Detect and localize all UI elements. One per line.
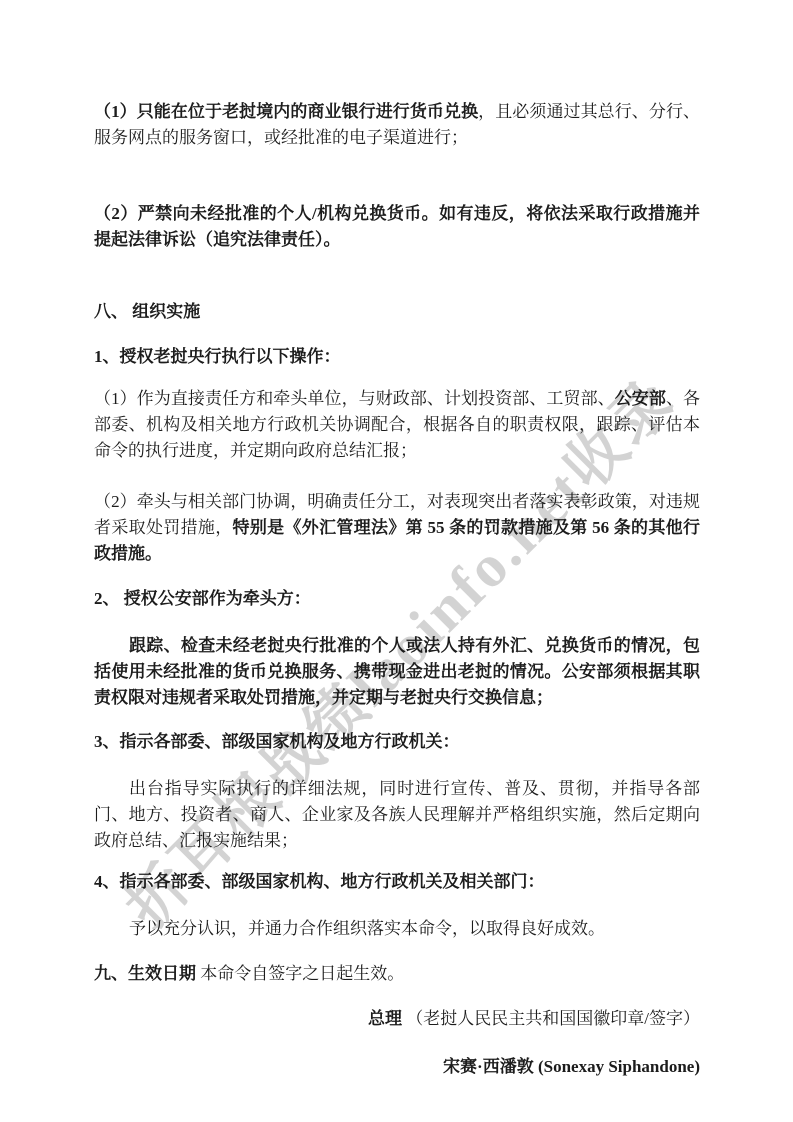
text-segment: 九、生效日期: [94, 964, 196, 983]
text-segment: （老挝人民民主共和国国徽印章/签字）: [402, 1009, 700, 1028]
para-8-1-sub-2: （2）牵头与相关部门协调，明确责任分工，对表现突出者落实表彰政策，对违规者采取处…: [94, 489, 700, 567]
heading-section-8: 八、 组织实施: [94, 299, 700, 325]
text-segment: 八、 组织实施: [94, 302, 200, 321]
text-segment: 3、指示各部委、部级国家机构及地方行政机关：: [94, 732, 460, 751]
text-segment: 4、指示各部委、部级国家机构、地方行政机关及相关部门：: [94, 872, 545, 891]
heading-8-item-2: 2、 授权公安部作为牵头方：: [94, 586, 700, 612]
signature-premier-title: 总理 （老挝人民民主共和国国徽印章/签字）: [94, 1006, 700, 1032]
text-segment: 2、 授权公安部作为牵头方：: [94, 589, 311, 608]
text-segment: （1）只能在位于老挝境内的商业银行进行货币兑换: [94, 102, 478, 121]
text-segment: 宋赛·西潘敦 (Sonexay Siphandone): [443, 1057, 700, 1076]
para-8-3-body: 出台指导实际执行的详细法规，同时进行宣传、普及、贯彻，并指导各部门、地方、投资者…: [94, 776, 700, 854]
text-segment: 公安部: [615, 389, 666, 408]
heading-8-item-4: 4、指示各部委、部级国家机构、地方行政机关及相关部门：: [94, 869, 700, 895]
text-segment: 本命令自签字之日起生效。: [196, 964, 404, 983]
document-page: 折耳根战绩laoinfo.net收录 （1）只能在位于老挝境内的商业银行进行货币…: [0, 0, 793, 1122]
clause-exchange-prohibition: （2）严禁向未经批准的个人/机构兑换货币。如有违反，将依法采取行政措施并提起法律…: [94, 201, 700, 253]
para-8-2-body: 跟踪、检查未经老挝央行批准的个人或法人持有外汇、兑换货币的情况，包括使用未经批准…: [94, 633, 700, 711]
document-content: （1）只能在位于老挝境内的商业银行进行货币兑换，且必须通过其总行、分行、服务网点…: [0, 0, 793, 1122]
text-segment: 跟踪、检查未经老挝央行批准的个人或法人持有外汇、兑换货币的情况，包括使用未经批准…: [94, 636, 700, 707]
text-segment: 出台指导实际执行的详细法规，同时进行宣传、普及、贯彻，并指导各部门、地方、投资者…: [94, 779, 700, 850]
heading-8-item-1: 1、授权老挝央行执行以下操作：: [94, 344, 700, 370]
text-segment: （2）严禁向未经批准的个人/机构兑换货币。如有违反，将依法采取行政措施并提起法律…: [94, 204, 700, 249]
text-segment: 总理: [368, 1009, 402, 1028]
text-segment: 予以充分认识，并通力合作组织落实本命令，以取得良好成效。: [129, 919, 605, 938]
clause-exchange-restriction: （1）只能在位于老挝境内的商业银行进行货币兑换，且必须通过其总行、分行、服务网点…: [94, 99, 700, 151]
para-8-1-sub-1: （1）作为直接责任方和牵头单位，与财政部、计划投资部、工贸部、公安部、各部委、机…: [94, 386, 700, 464]
para-8-4-body: 予以充分认识，并通力合作组织落实本命令，以取得良好成效。: [94, 916, 700, 942]
signature-premier-name: 宋赛·西潘敦 (Sonexay Siphandone): [94, 1054, 700, 1080]
heading-8-item-3: 3、指示各部委、部级国家机构及地方行政机关：: [94, 729, 700, 755]
heading-section-9: 九、生效日期 本命令自签字之日起生效。: [94, 961, 700, 987]
text-segment: （1）作为直接责任方和牵头单位，与财政部、计划投资部、工贸部、: [94, 389, 615, 408]
text-segment: 1、授权老挝央行执行以下操作：: [94, 347, 341, 366]
